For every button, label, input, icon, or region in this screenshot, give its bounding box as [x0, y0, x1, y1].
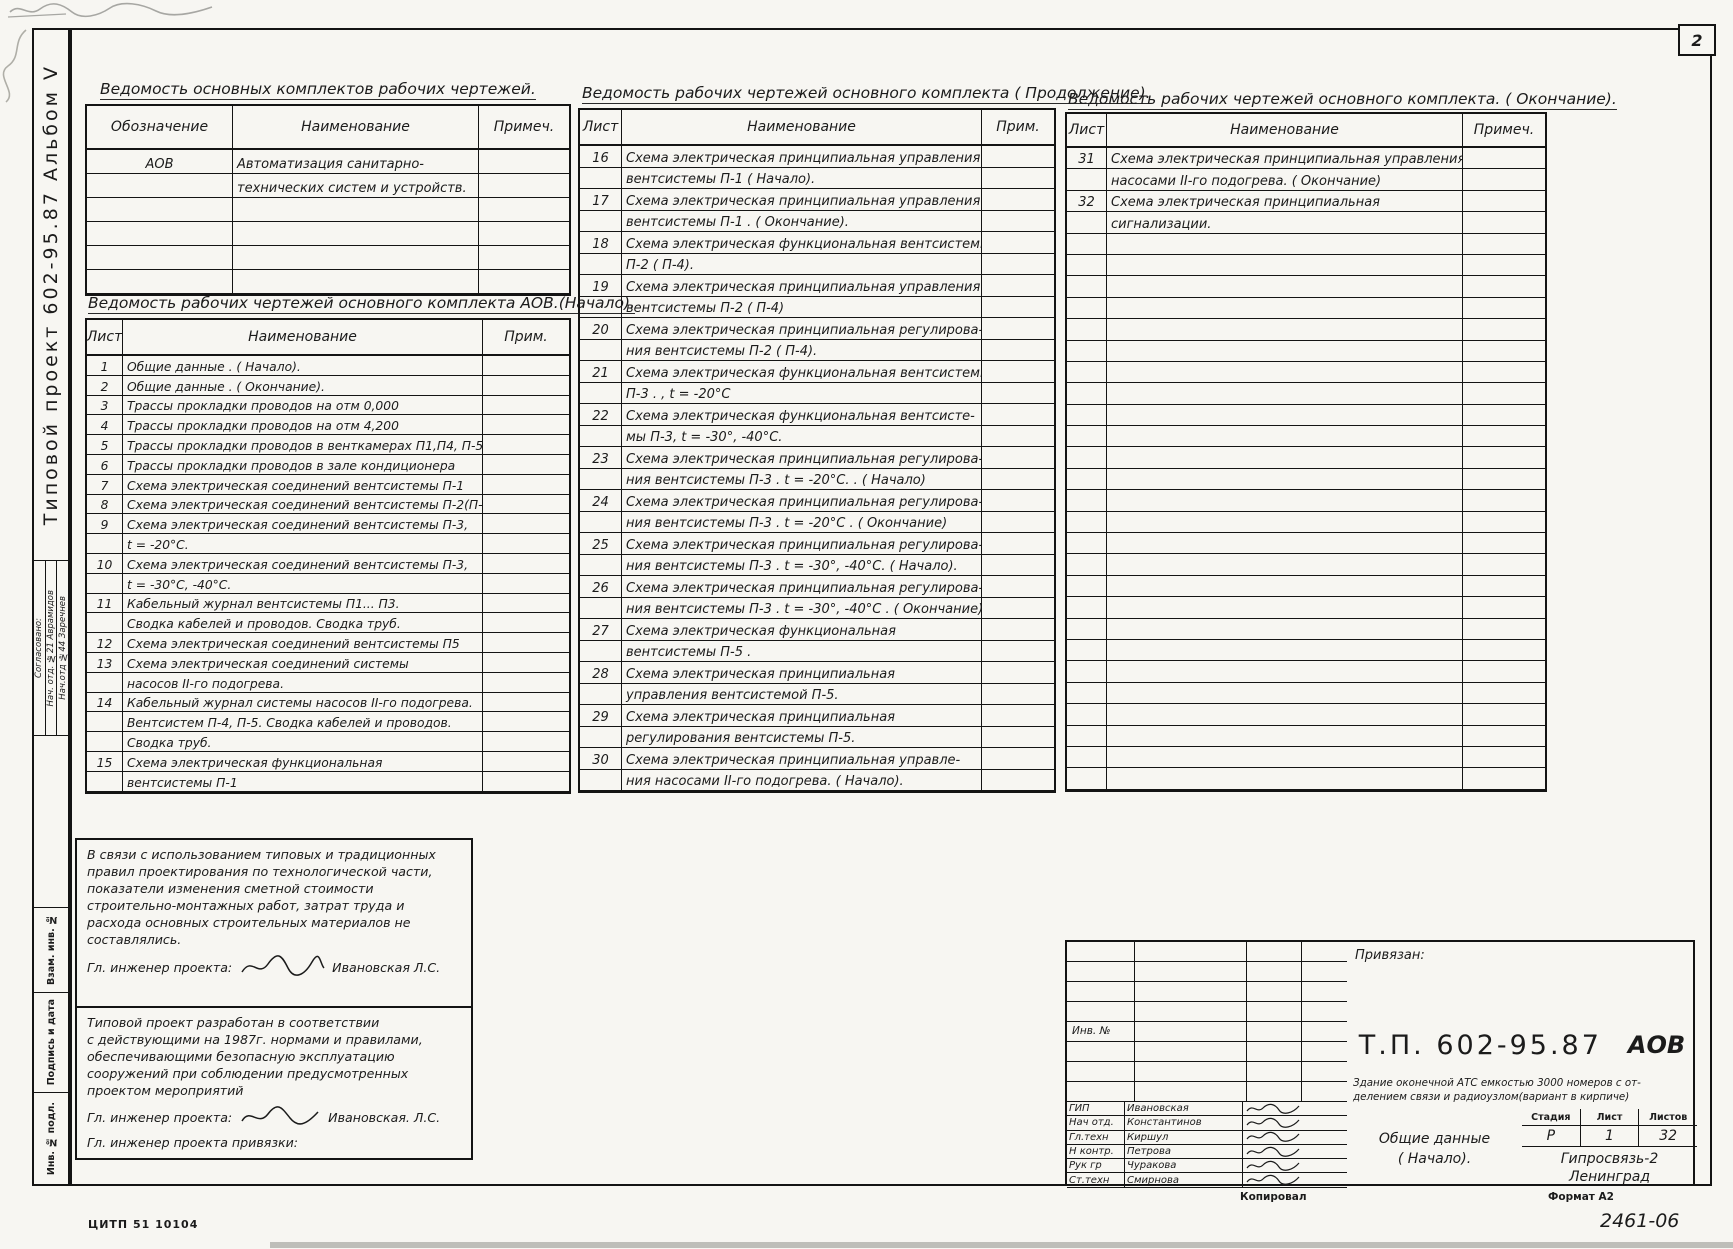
signer-row: Н контр.Петрова — [1067, 1145, 1347, 1159]
signer-signature — [1243, 1145, 1347, 1158]
sheet-number-cell: 15 — [87, 752, 123, 771]
table-line: вентсистемы П-1 ( Начало). — [580, 168, 1054, 190]
note-cell — [1463, 255, 1545, 275]
name-cell: ния вентсистемы П-3 . t = -30°, -40°C . … — [622, 598, 982, 619]
sheet-number-cell: 32 — [1067, 191, 1107, 211]
signer-role: Рук гр — [1067, 1159, 1125, 1172]
note-cell — [483, 356, 569, 375]
table-line — [1067, 619, 1545, 640]
title-block: Инв. № ГИПИвановскаяНач отд.Константинов… — [1065, 940, 1695, 1186]
note-cell — [1463, 747, 1545, 767]
sign-label-1: Гл. инженер проекта: — [87, 960, 232, 975]
column-header: Лист — [580, 110, 622, 144]
revision-row — [1067, 1082, 1347, 1102]
signer-signature — [1243, 1159, 1347, 1172]
note-cell — [982, 146, 1054, 167]
note-section-1: В связи с использованием типовых и тради… — [77, 840, 471, 1008]
table-line: 3Трассы прокладки проводов на отм 0,000 — [87, 396, 569, 416]
note-cell — [483, 693, 569, 712]
table-line: 17Схема электрическая принципиальная упр… — [580, 189, 1054, 211]
sheet-number-cell — [1067, 212, 1107, 232]
sheet-number-cell: 13 — [87, 653, 123, 672]
sign-label-2: Гл. инженер проекта: — [87, 1110, 232, 1125]
signer-row: Гл.технКиршул — [1067, 1131, 1347, 1145]
title-aov-cont: Ведомость рабочих чертежей основного ком… — [582, 84, 1151, 104]
table-line: 6Трассы прокладки проводов в зале кондиц… — [87, 455, 569, 475]
note-cell — [982, 490, 1054, 511]
table-line: ния вентсистемы П-3 . t = -20°C . ( Окон… — [580, 512, 1054, 534]
sheet-number-cell — [1067, 747, 1107, 767]
note-cell — [479, 150, 569, 173]
table-line — [1067, 533, 1545, 554]
revision-row — [1067, 962, 1347, 982]
sheet-number-cell — [1067, 341, 1107, 361]
attached-cell: Привязан: — [1347, 942, 1597, 1016]
project-code: Т.П. 602-95.87 — [1359, 1030, 1602, 1061]
table-aov-start: ЛистНаименованиеПрим.1Общие данные . ( Н… — [85, 318, 571, 794]
page-number: 2 — [1691, 31, 1702, 50]
name-cell — [1107, 383, 1463, 403]
sheet-number-cell: 7 — [87, 475, 123, 494]
signer-row: Ст.технСмирнова — [1067, 1173, 1347, 1187]
note-cell — [1463, 426, 1545, 446]
signer-signature — [1243, 1102, 1347, 1115]
note-cell — [982, 469, 1054, 490]
note-cell — [483, 376, 569, 395]
note-cell — [982, 705, 1054, 726]
table-line — [1067, 640, 1545, 661]
column-header: Прим. — [483, 320, 569, 354]
table-line: мы П-3, t = -30°, -40°C. — [580, 426, 1054, 448]
name-cell — [1107, 661, 1463, 681]
revision-row — [1067, 942, 1347, 962]
stage-values: Р132 — [1522, 1126, 1697, 1147]
table-header: ЛистНаименованиеПримеч. — [1067, 114, 1545, 148]
note-cell — [982, 297, 1054, 318]
name-cell — [233, 222, 479, 245]
table-line: вентсистемы П-5 . — [580, 641, 1054, 663]
sheet-number-cell — [1067, 255, 1107, 275]
note-cell — [1463, 661, 1545, 681]
signature-icon — [238, 954, 326, 980]
album-cell: Типовой проект 602-95.87 Альбом V — [34, 30, 68, 560]
name-cell — [233, 270, 479, 293]
table-line: 25Схема электрическая принципиальная рег… — [580, 533, 1054, 555]
sheet-number-cell: 4 — [87, 415, 123, 434]
sheet-number-cell — [1067, 533, 1107, 553]
name-cell: Схема электрическая функциональная вентс… — [622, 404, 982, 425]
note-cell — [982, 232, 1054, 253]
name-cell: Сводка труб. — [123, 732, 483, 751]
signer-role: Ст.техн — [1067, 1173, 1125, 1186]
table-line: 32Схема электрическая принципиальная — [1067, 191, 1545, 212]
signature-row-3: Гл. инженер проекта привязки: — [87, 1135, 463, 1150]
name-cell — [233, 198, 479, 221]
table-line: ния вентсистемы П-3 . t = -30°, -40°C . … — [580, 598, 1054, 620]
signer-row: Рук грЧуракова — [1067, 1159, 1347, 1173]
signer-row: ГИПИвановская — [1067, 1102, 1347, 1116]
name-cell — [1107, 362, 1463, 382]
sheet-number-cell: 25 — [580, 533, 622, 554]
note-cell — [1463, 362, 1545, 382]
signer-signature — [1243, 1131, 1347, 1144]
stage-headers: СтадияЛистЛистов — [1522, 1109, 1697, 1126]
sheet-number-cell — [1067, 726, 1107, 746]
margin-stamp-cell: Инв. № подл. — [34, 1092, 68, 1184]
name-cell: Автоматизация санитарно- — [233, 150, 479, 173]
table-line: ния насосами II-го подогрева. ( Начало). — [580, 770, 1054, 792]
sheet-number-cell — [1067, 405, 1107, 425]
name-cell: Кабельный журнал системы насосов II-го п… — [123, 693, 483, 712]
name-cell: вентсистемы П-1 . ( Окончание). — [622, 211, 982, 232]
note-cell — [1463, 319, 1545, 339]
revision-grid: Инв. № — [1067, 942, 1347, 1102]
note-cell — [1463, 726, 1545, 746]
name-cell: регулирования вентсистемы П-5. — [622, 727, 982, 748]
name-cell: Схема электрическая принципиальная регул… — [622, 533, 982, 554]
name-cell: Схема электрическая функциональная — [123, 752, 483, 771]
note-cell — [1463, 576, 1545, 596]
sheet-number-cell: 2 — [87, 376, 123, 395]
note-cell — [1463, 234, 1545, 254]
note-cell — [1463, 704, 1545, 724]
note-cell — [1463, 490, 1545, 510]
sign-name-1: Ивановская Л.С. — [332, 960, 440, 975]
name-cell: ния насосами II-го подогрева. ( Начало). — [622, 770, 982, 791]
name-cell — [1107, 576, 1463, 596]
note-cell — [982, 727, 1054, 748]
table-line: регулирования вентсистемы П-5. — [580, 727, 1054, 749]
table-line — [1067, 234, 1545, 255]
table-line: 8Схема электрическая соединений вентсист… — [87, 495, 569, 515]
note-cell — [479, 270, 569, 293]
column-header: Примеч. — [479, 106, 569, 148]
note-cell — [483, 653, 569, 672]
table-line: 10Схема электрическая соединений вентсис… — [87, 554, 569, 574]
table-line: технических систем и устройств. — [87, 174, 569, 198]
name-cell: мы П-3, t = -30°, -40°C. — [622, 426, 982, 447]
note-cell — [1463, 533, 1545, 553]
sheet-number-cell — [580, 684, 622, 705]
note-cell — [1463, 469, 1545, 489]
note-cell — [982, 576, 1054, 597]
note-cell — [483, 475, 569, 494]
sheet-number-cell: 27 — [580, 619, 622, 640]
table-line: 26Схема электрическая принципиальная рег… — [580, 576, 1054, 598]
note-cell — [1463, 619, 1545, 639]
sheet-number-cell — [580, 555, 622, 576]
note-cell — [1463, 597, 1545, 617]
signature-icon — [238, 1105, 322, 1129]
note-cell — [1463, 191, 1545, 211]
sign-name-2: Ивановская. Л.С. — [328, 1110, 440, 1125]
name-cell — [1107, 747, 1463, 767]
note-cell — [483, 396, 569, 415]
table-line: 28Схема электрическая принципиальная — [580, 662, 1054, 684]
name-cell — [1107, 276, 1463, 296]
sheet-number-cell — [580, 512, 622, 533]
sheet-number-cell — [87, 222, 233, 245]
name-cell — [1107, 255, 1463, 275]
set-code: АОВ — [1628, 1031, 1685, 1059]
sheet-number-cell: 20 — [580, 318, 622, 339]
table-line: 12Схема электрическая соединений вентсис… — [87, 633, 569, 653]
note-cell — [479, 246, 569, 269]
table-line — [1067, 447, 1545, 468]
table-line — [1067, 576, 1545, 597]
note-cell — [483, 613, 569, 632]
note-cell — [1463, 148, 1545, 168]
table-line: 27Схема электрическая функциональная — [580, 619, 1054, 641]
table-line: 7Схема электрическая соединений вентсист… — [87, 475, 569, 495]
name-cell: Трассы прокладки проводов в венткамерах … — [123, 435, 483, 454]
sheet-number-cell — [1067, 362, 1107, 382]
revision-row — [1067, 1062, 1347, 1082]
name-cell: технических систем и устройств. — [233, 174, 479, 197]
sheet-number-cell: 11 — [87, 594, 123, 613]
note-cell — [483, 554, 569, 573]
signer-row: Нач отд.Константинов — [1067, 1116, 1347, 1130]
sheet-number-cell — [87, 673, 123, 692]
note-cell — [483, 594, 569, 613]
print-house-code: ЦИТП 51 10104 — [88, 1218, 198, 1231]
attached-right-cell — [1597, 942, 1697, 1016]
signer-role: Гл.техн — [1067, 1131, 1125, 1144]
table-line: 23Схема электрическая принципиальная рег… — [580, 447, 1054, 469]
sheet-number-cell: 19 — [580, 275, 622, 296]
column-header: Примеч. — [1463, 114, 1545, 146]
note-cell — [982, 684, 1054, 705]
note-2: Типовой проект разработан в соответствии… — [87, 1014, 463, 1099]
sheet-number-cell: 9 — [87, 514, 123, 533]
sheet-number-cell: 10 — [87, 554, 123, 573]
sheet-number-cell — [580, 770, 622, 791]
note-cell — [1463, 447, 1545, 467]
sheet-number-cell: 18 — [580, 232, 622, 253]
table-line: вентсистемы П-2 ( П-4) — [580, 297, 1054, 319]
sheet-number-cell: 28 — [580, 662, 622, 683]
sheet-number-cell — [580, 641, 622, 662]
signers-table: ГИПИвановскаяНач отд.КонстантиновГл.техн… — [1067, 1102, 1347, 1188]
name-cell — [1107, 298, 1463, 318]
name-cell — [1107, 234, 1463, 254]
note-cell — [1463, 169, 1545, 189]
column-header: Наименование — [233, 106, 479, 148]
note-cell — [982, 383, 1054, 404]
note-cell — [982, 168, 1054, 189]
table-line — [87, 246, 569, 270]
name-cell: ния вентсистемы П-3 . t = -20°C . ( Окон… — [622, 512, 982, 533]
name-cell — [1107, 512, 1463, 532]
sheet-number-cell — [1067, 576, 1107, 596]
sheet-number-cell — [1067, 234, 1107, 254]
approvals-block: Согласовано:Нач. отд. №21 АврамидовНач.о… — [34, 560, 68, 736]
name-cell — [1107, 726, 1463, 746]
table-header: ЛистНаименованиеПрим. — [580, 110, 1054, 146]
note-cell — [982, 254, 1054, 275]
title-aov-end: Ведомость рабочих чертежей основного ком… — [1068, 90, 1617, 110]
sheet-number-cell: 1 — [87, 356, 123, 375]
name-cell: Схема электрическая соединений вентсисте… — [123, 633, 483, 652]
approval-item: Нач.отд №44 Заречнев — [57, 561, 68, 735]
sheet-number-cell: 3 — [87, 396, 123, 415]
note-cell — [483, 415, 569, 434]
table-line: 14Кабельный журнал системы насосов II-го… — [87, 693, 569, 713]
sheet-number-cell: 30 — [580, 748, 622, 769]
name-cell: управления вентсистемой П-5. — [622, 684, 982, 705]
sign-label-3: Гл. инженер проекта привязки: — [87, 1135, 298, 1150]
column-header: Наименование — [123, 320, 483, 354]
note-cell — [982, 619, 1054, 640]
name-cell: Схема электрическая принципиальная регул… — [622, 318, 982, 339]
note-cell — [483, 455, 569, 474]
table-line: ния вентсистемы П-3 . t = -20°C. . ( Нач… — [580, 469, 1054, 491]
name-cell: Схема электрическая принципиальная управ… — [622, 748, 982, 769]
signer-signature — [1243, 1116, 1347, 1129]
name-cell — [1107, 405, 1463, 425]
table-line — [1067, 341, 1545, 362]
sheet-number-cell — [1067, 447, 1107, 467]
table-line: 20Схема электрическая принципиальная рег… — [580, 318, 1054, 340]
table-line: 1Общие данные . ( Начало). — [87, 356, 569, 376]
signer-role: Нач отд. — [1067, 1116, 1125, 1129]
name-cell: П-3 . , t = -20°C — [622, 383, 982, 404]
table-line: ния вентсистемы П-2 ( П-4). — [580, 340, 1054, 362]
table-line: П-2 ( П-4). — [580, 254, 1054, 276]
note-section-2: Типовой проект разработан в соответствии… — [77, 1008, 471, 1152]
sheet-number-cell — [87, 732, 123, 751]
name-cell: П-2 ( П-4). — [622, 254, 982, 275]
sheet-number-cell — [580, 211, 622, 232]
name-cell: ния вентсистемы П-2 ( П-4). — [622, 340, 982, 361]
name-cell: Кабельный журнал вентсистемы П1... П3. — [123, 594, 483, 613]
table-line — [87, 270, 569, 294]
sheet-number-cell: 29 — [580, 705, 622, 726]
sheet-number-cell: АОВ — [87, 150, 233, 173]
table-line — [1067, 298, 1545, 319]
name-cell: сигнализации. — [1107, 212, 1463, 232]
sheet-number-cell: 8 — [87, 495, 123, 514]
table-line — [87, 198, 569, 222]
name-cell — [233, 246, 479, 269]
left-strip: Типовой проект 602-95.87 Альбом V Соглас… — [32, 28, 70, 1186]
title-main-sets: Ведомость основных комплектов рабочих че… — [100, 80, 536, 100]
table-line — [1067, 362, 1545, 383]
table-line: Сводка кабелей и проводов. Сводка труб. — [87, 613, 569, 633]
name-cell — [1107, 768, 1463, 788]
note-cell — [982, 189, 1054, 210]
sheet-number-cell: 16 — [580, 146, 622, 167]
table-line — [1067, 726, 1545, 747]
sheet-number-cell — [1067, 490, 1107, 510]
table-line — [1067, 490, 1545, 511]
note-cell — [1463, 276, 1545, 296]
name-cell — [1107, 447, 1463, 467]
table-main-sets: ОбозначениеНаименованиеПримеч.АОВАвтомат… — [85, 104, 571, 296]
note-cell — [483, 712, 569, 731]
note-cell — [982, 598, 1054, 619]
note-cell — [1463, 405, 1545, 425]
drawing-sheet: 2 Типовой проект 602-95.87 Альбом V Согл… — [0, 0, 1733, 1249]
sheet-number-cell — [87, 772, 123, 791]
format-label: Формат А2 — [1548, 1191, 1614, 1203]
sheet-number-cell — [1067, 619, 1107, 639]
sheet-number-cell — [1067, 169, 1107, 189]
note-cell — [982, 512, 1054, 533]
note-cell — [1463, 341, 1545, 361]
signer-name: Петрова — [1125, 1145, 1243, 1158]
note-cell — [1463, 554, 1545, 574]
table-line — [1067, 383, 1545, 404]
note-cell — [982, 770, 1054, 791]
note-cell — [1463, 640, 1545, 660]
sheet-number-cell: 26 — [580, 576, 622, 597]
sheet-number-cell: 14 — [87, 693, 123, 712]
table-line — [1067, 469, 1545, 490]
name-cell: Общие данные . ( Окончание). — [123, 376, 483, 395]
note-cell — [483, 435, 569, 454]
note-cell — [1463, 768, 1545, 788]
sheet-number-cell — [580, 254, 622, 275]
sheet-number-cell: 6 — [87, 455, 123, 474]
note-cell — [479, 198, 569, 221]
table-line: АОВАвтоматизация санитарно- — [87, 150, 569, 174]
note-cell — [1463, 512, 1545, 532]
name-cell — [1107, 597, 1463, 617]
note-cell — [483, 752, 569, 771]
sheet-number-cell — [87, 174, 233, 197]
table-aov-end: ЛистНаименованиеПримеч.31Схема электриче… — [1065, 112, 1547, 792]
note-cell — [982, 662, 1054, 683]
sheet-number-cell — [1067, 383, 1107, 403]
signer-role: Н контр. — [1067, 1145, 1125, 1158]
revision-row — [1067, 982, 1347, 1002]
organization-cell: Гипросвязь-2Ленинград — [1522, 1147, 1697, 1188]
name-cell: Схема электрическая соединений системы — [123, 653, 483, 672]
sheet-number-cell — [580, 469, 622, 490]
sheet-number-cell — [1067, 640, 1107, 660]
column-header: Лист — [87, 320, 123, 354]
note-cell — [982, 404, 1054, 425]
table-line — [1067, 768, 1545, 789]
page-number-box: 2 — [1678, 24, 1716, 56]
note-cell — [982, 748, 1054, 769]
sheet-number-cell — [87, 198, 233, 221]
sheet-number-cell: 12 — [87, 633, 123, 652]
sheet-number-cell: 21 — [580, 361, 622, 382]
name-cell: вентсистемы П-1 — [123, 772, 483, 791]
sheet-number-cell — [580, 426, 622, 447]
table-line: 19Схема электрическая принципиальная упр… — [580, 275, 1054, 297]
name-cell — [1107, 554, 1463, 574]
plate-code: 2461-06 — [1600, 1210, 1679, 1232]
name-cell: Сводка кабелей и проводов. Сводка труб. — [123, 613, 483, 632]
pencil-scribble-top — [6, 0, 216, 22]
table-line: t = -20°C. — [87, 534, 569, 554]
sheet-number-cell — [580, 383, 622, 404]
name-cell: Схема электрическая принципиальная управ… — [622, 189, 982, 210]
table-line: 30Схема электрическая принципиальная упр… — [580, 748, 1054, 770]
name-cell — [1107, 426, 1463, 446]
revision-row — [1067, 1042, 1347, 1062]
table-line: 21Схема электрическая функциональная вен… — [580, 361, 1054, 383]
signer-name: Ивановская — [1125, 1102, 1243, 1115]
name-cell: Схема электрическая соединений вентсисте… — [123, 495, 483, 514]
note-cell — [1463, 212, 1545, 232]
table-line — [1067, 683, 1545, 704]
object-description: Здание оконечной АТС емкостью 3000 номер… — [1347, 1074, 1697, 1109]
name-cell: t = -20°C. — [123, 534, 483, 553]
